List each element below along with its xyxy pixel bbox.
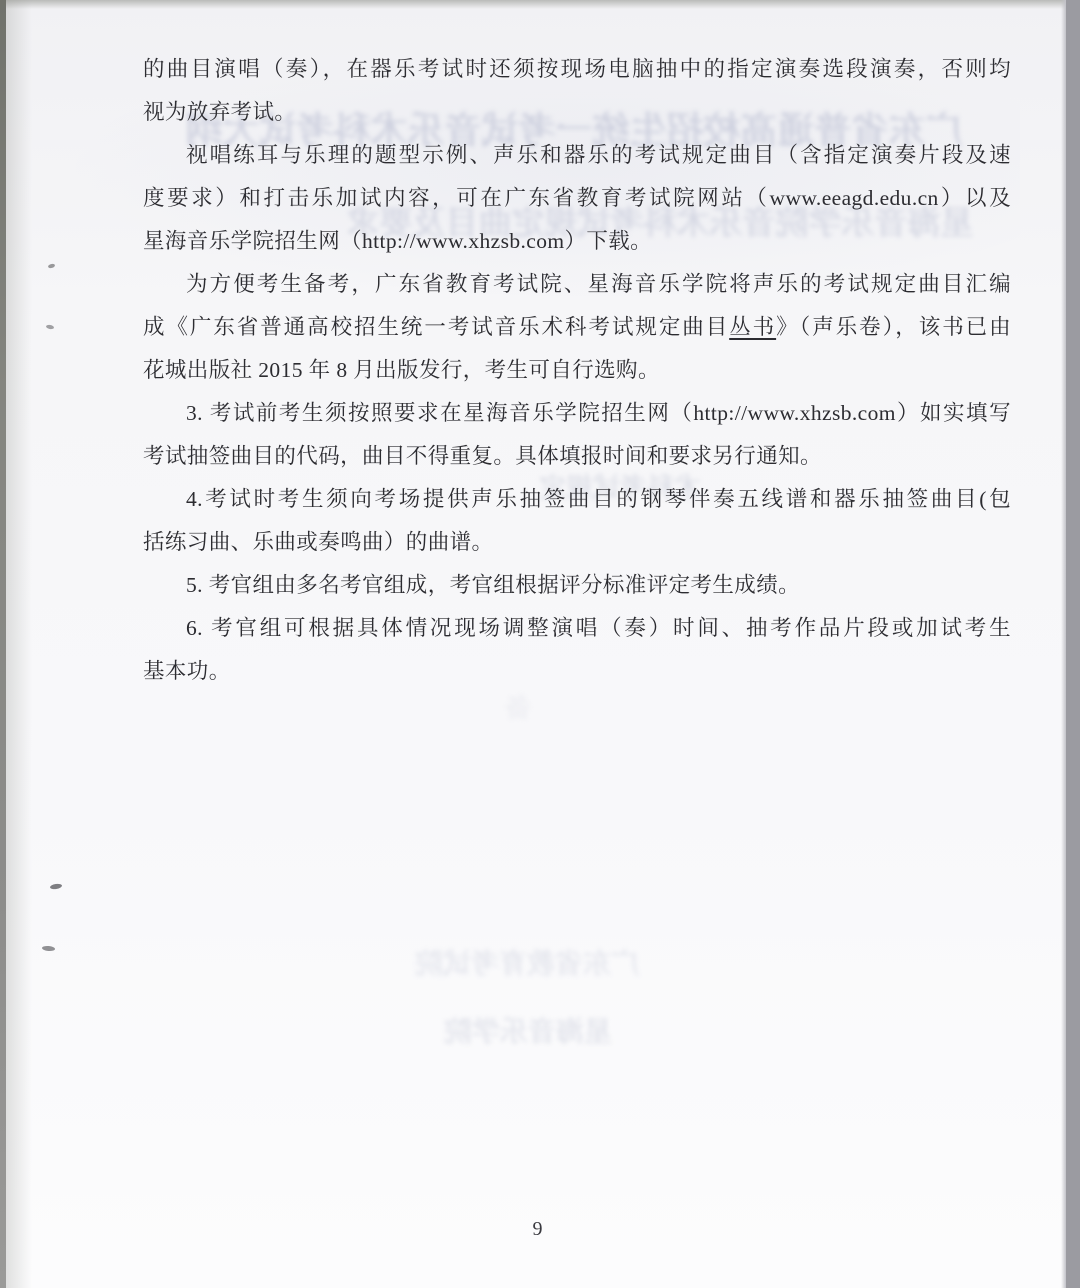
bleed-through-text: 星海音乐学院 xyxy=(438,1010,618,1050)
document-text-block: 的曲目演唱（奏），在器乐考试时还须按现场电脑抽中的指定演奏选段演奏，否则均视为放… xyxy=(143,48,1011,693)
text-line: 为方便考生备考，广东省教育考试院、星海音乐学院将声乐的考试规定曲目汇编 xyxy=(143,263,1011,306)
text-line: 视唱练耳与乐理的题型示例、声乐和器乐的考试规定曲目（含指定演奏片段及速 xyxy=(143,134,1011,177)
text-line: 4.考试时考生须向考场提供声乐抽签曲目的钢琴伴奏五线谱和器乐抽签曲目(包 xyxy=(143,478,1011,521)
scan-edge-left-shadow xyxy=(6,0,32,1288)
scan-edge-top xyxy=(0,0,1080,9)
text-line: 星海音乐学院招生网（http://www.xhzsb.com）下载。 xyxy=(143,220,1011,263)
scan-speck xyxy=(50,883,63,890)
text-line: 视为放弃考试。 xyxy=(143,91,1011,134)
text-line: 考试抽签曲目的代码，曲目不得重复。具体填报时间和要求另行通知。 xyxy=(143,435,1011,478)
text-line: 度要求）和打击乐加试内容，可在广东省教育考试院网站（www.eeagd.edu.… xyxy=(143,177,1011,220)
scan-speck xyxy=(42,945,55,951)
text-line: 花城出版社 2015 年 8 月出版发行，考生可自行选购。 xyxy=(143,349,1011,392)
text-line: 基本功。 xyxy=(143,650,1011,693)
bleed-through-text: 广东省教育考试院 xyxy=(408,942,646,982)
text-line: 5. 考官组由多名考官组成，考官组根据评分标准评定考生成绩。 xyxy=(143,564,1011,607)
text-line: 成《广东省普通高校招生统一考试音乐术科考试规定曲目丛书》（声乐卷），该书已由 xyxy=(143,306,1011,349)
text-line: 括练习曲、乐曲或奏鸣曲）的曲谱。 xyxy=(143,521,1011,564)
text-line: 6. 考官组可根据具体情况现场调整演唱（奏）时间、抽考作品片段或加试考生 xyxy=(143,607,1011,650)
scanned-document-page: 广东省普通高校招生统一考试音乐术科考试大纲星海音乐学院音乐术科考试规定曲目及要求… xyxy=(0,0,1080,1288)
bleed-through-text: 备 xyxy=(498,688,538,725)
scan-edge-right xyxy=(1066,0,1080,1288)
page-number: 9 xyxy=(508,1218,568,1241)
scan-speck xyxy=(48,263,56,269)
text-line: 的曲目演唱（奏），在器乐考试时还须按现场电脑抽中的指定演奏选段演奏，否则均 xyxy=(143,48,1011,91)
underlined-text: 丛书 xyxy=(729,315,776,339)
scan-speck xyxy=(46,324,55,329)
text-line: 3. 考试前考生须按照要求在星海音乐学院招生网（http://www.xhzsb… xyxy=(143,392,1011,435)
